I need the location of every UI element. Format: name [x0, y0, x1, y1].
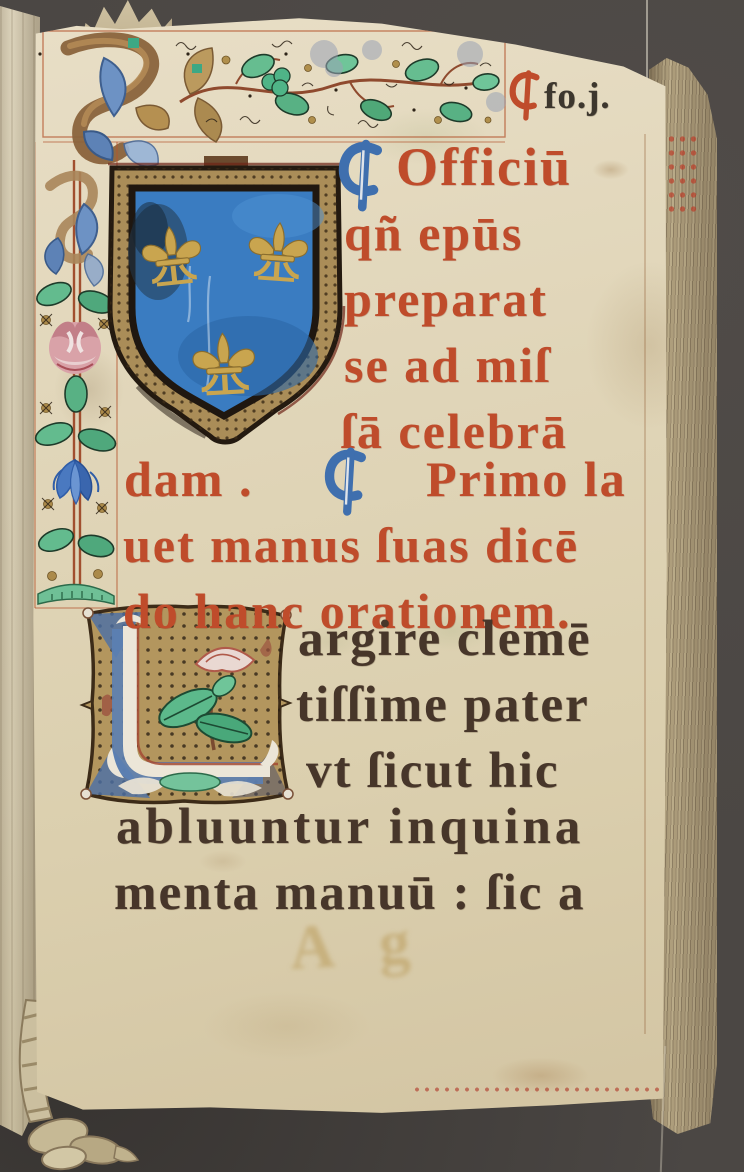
thread	[646, 0, 648, 80]
heraldic-shield	[98, 156, 354, 458]
rubric-line: preparat	[344, 274, 548, 324]
rubric-line: dam .	[124, 454, 253, 504]
ruling-line	[644, 134, 646, 1034]
paraph-icon-blue	[340, 138, 382, 212]
rubric-line: ſā celebrā	[341, 406, 568, 456]
ghost-offset-stain: A g	[288, 910, 427, 979]
rubric-line: Primo la	[426, 454, 627, 504]
prayer-line: argire clemē	[298, 614, 591, 665]
rubric-line: qñ epūs	[344, 208, 523, 258]
rubric-line: Officiū	[396, 140, 572, 194]
manuscript-page: L ¶ fo.j. ¶ Officiū qñ epūs preparat se …	[32, 16, 668, 1114]
prayer-line: tiſſime pater	[296, 680, 590, 731]
bottom-edge-red-specks	[412, 1086, 662, 1093]
prayer-line: abluuntur inquina	[116, 802, 584, 853]
rubric-line: se ad miſ	[344, 340, 551, 390]
prayer-line: vt ſicut hic	[306, 746, 559, 797]
paraph-icon-blue	[326, 446, 366, 516]
paraph-icon	[510, 68, 540, 122]
rubric-line: uet manus ſuas dicē	[123, 520, 579, 570]
folio-number: fo.j.	[544, 78, 611, 115]
